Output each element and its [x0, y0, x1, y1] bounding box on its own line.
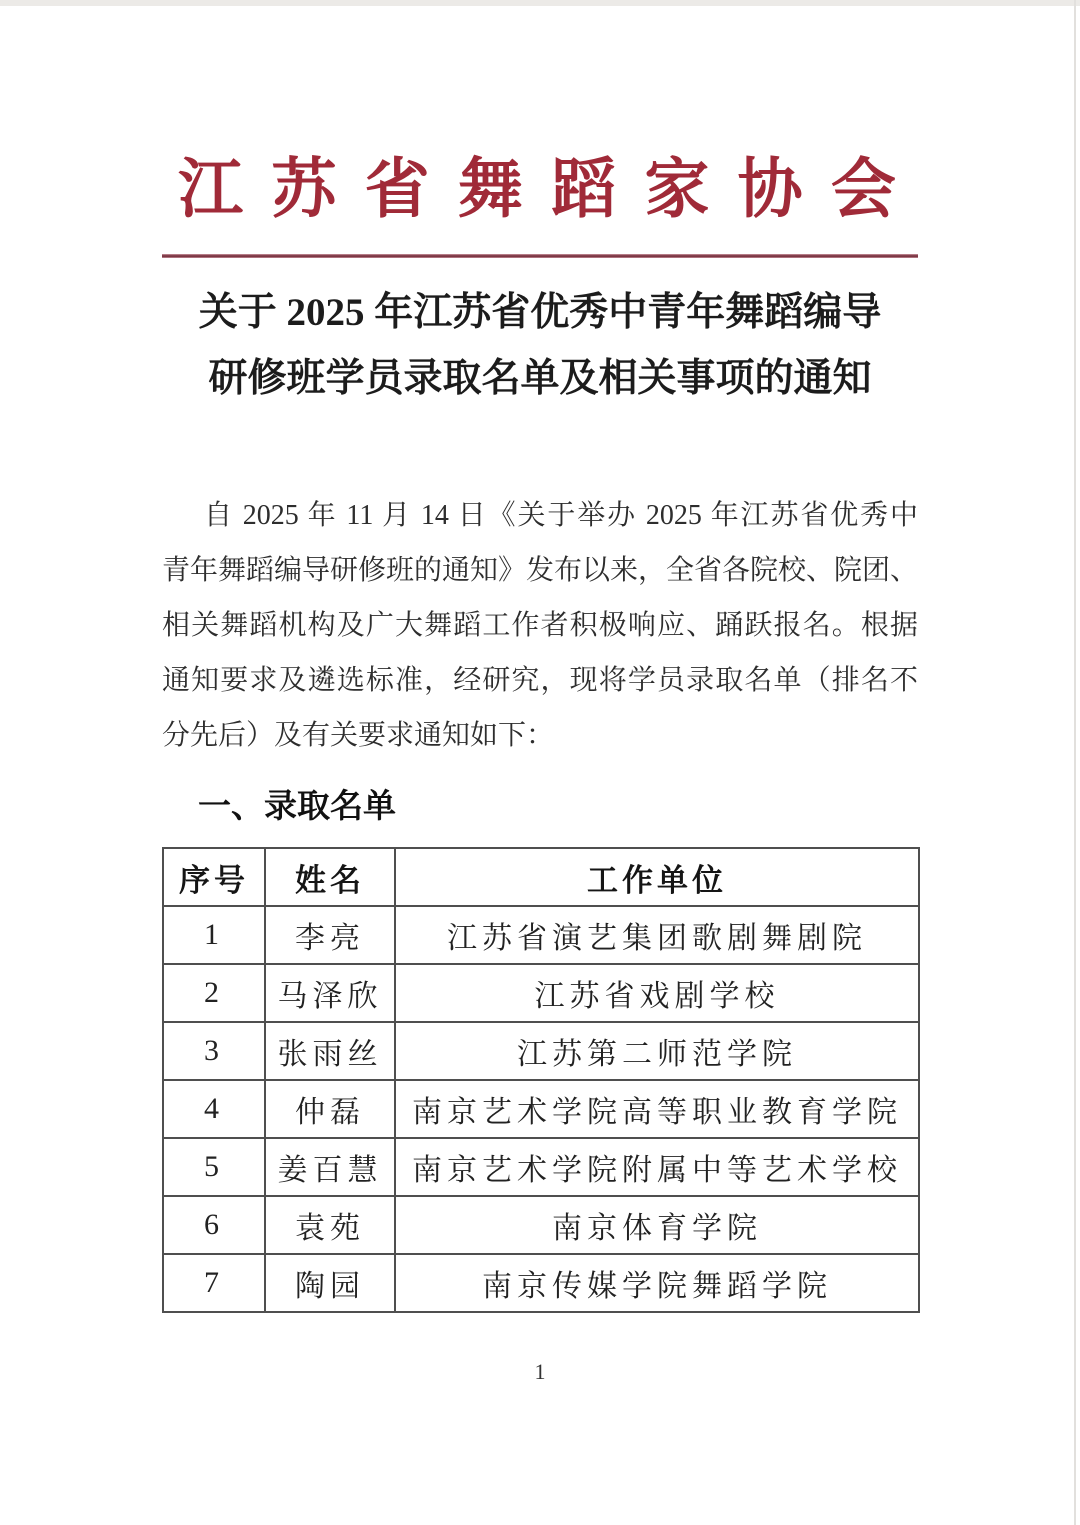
cell-name: 姜百慧	[265, 1138, 395, 1196]
organization-title: 江 苏 省 舞 蹈 家 协 会	[162, 150, 918, 230]
cell-number: 7	[163, 1254, 265, 1312]
table-row: 2 马泽欣 江苏省戏剧学校	[163, 964, 919, 1022]
table-row: 6 袁苑 南京体育学院	[163, 1196, 919, 1254]
cell-name: 张雨丝	[265, 1022, 395, 1080]
document-page: 江 苏 省 舞 蹈 家 协 会 关于 2025 年江苏省优秀中青年舞蹈编导 研修…	[0, 0, 1080, 1525]
body-line: 青年舞蹈编导研修班的通知》发布以来，全省各院校、院团、	[162, 543, 918, 598]
table-row: 4 仲磊 南京艺术学院高等职业教育学院	[163, 1080, 919, 1138]
header-cell-name: 姓名	[265, 848, 395, 906]
cell-workunit: 南京传媒学院舞蹈学院	[395, 1254, 919, 1312]
table-row: 1 李亮 江苏省演艺集团歌剧舞剧院	[163, 906, 919, 964]
cell-workunit: 江苏省演艺集团歌剧舞剧院	[395, 906, 919, 964]
body-line: 相关舞蹈机构及广大舞蹈工作者积极响应、踊跃报名。根据	[162, 598, 918, 653]
table-row: 7 陶园 南京传媒学院舞蹈学院	[163, 1254, 919, 1312]
cell-workunit: 南京艺术学院高等职业教育学院	[395, 1080, 919, 1138]
cell-name: 仲磊	[265, 1080, 395, 1138]
cell-name: 李亮	[265, 906, 395, 964]
red-divider-line	[162, 254, 918, 258]
section-heading-admission-list: 一、录取名单	[198, 787, 918, 827]
cell-workunit: 江苏省戏剧学校	[395, 964, 919, 1022]
cell-workunit: 南京艺术学院附属中等艺术学校	[395, 1138, 919, 1196]
page-number: 1	[162, 1359, 918, 1385]
cell-number: 2	[163, 964, 265, 1022]
cell-workunit: 南京体育学院	[395, 1196, 919, 1254]
table-header-row: 序号 姓名 工作单位	[163, 848, 919, 906]
body-line: 自 2025 年 11 月 14 日《关于举办 2025 年江苏省优秀中	[162, 488, 918, 543]
header-cell-workunit: 工作单位	[395, 848, 919, 906]
cell-name: 陶园	[265, 1254, 395, 1312]
table-row: 5 姜百慧 南京艺术学院附属中等艺术学校	[163, 1138, 919, 1196]
document-title-line-1: 关于 2025 年江苏省优秀中青年舞蹈编导	[162, 280, 918, 346]
document-content: 江 苏 省 舞 蹈 家 协 会 关于 2025 年江苏省优秀中青年舞蹈编导 研修…	[162, 0, 918, 1385]
document-title: 关于 2025 年江苏省优秀中青年舞蹈编导 研修班学员录取名单及相关事项的通知	[162, 280, 918, 412]
cell-number: 4	[163, 1080, 265, 1138]
cell-number: 3	[163, 1022, 265, 1080]
admission-table: 序号 姓名 工作单位 1 李亮 江苏省演艺集团歌剧舞剧院 2 马泽欣 江苏省戏剧…	[162, 847, 920, 1313]
body-paragraph: 自 2025 年 11 月 14 日《关于举办 2025 年江苏省优秀中 青年舞…	[162, 488, 918, 763]
cell-number: 5	[163, 1138, 265, 1196]
cell-number: 6	[163, 1196, 265, 1254]
header-cell-number: 序号	[163, 848, 265, 906]
table-row: 3 张雨丝 江苏第二师范学院	[163, 1022, 919, 1080]
body-line: 通知要求及遴选标准，经研究，现将学员录取名单（排名不	[162, 653, 918, 708]
cell-workunit: 江苏第二师范学院	[395, 1022, 919, 1080]
cell-number: 1	[163, 906, 265, 964]
cell-name: 马泽欣	[265, 964, 395, 1022]
photo-right-edge	[1074, 0, 1076, 1525]
document-title-line-2: 研修班学员录取名单及相关事项的通知	[162, 346, 918, 412]
body-line: 分先后）及有关要求通知如下：	[162, 708, 918, 763]
cell-name: 袁苑	[265, 1196, 395, 1254]
